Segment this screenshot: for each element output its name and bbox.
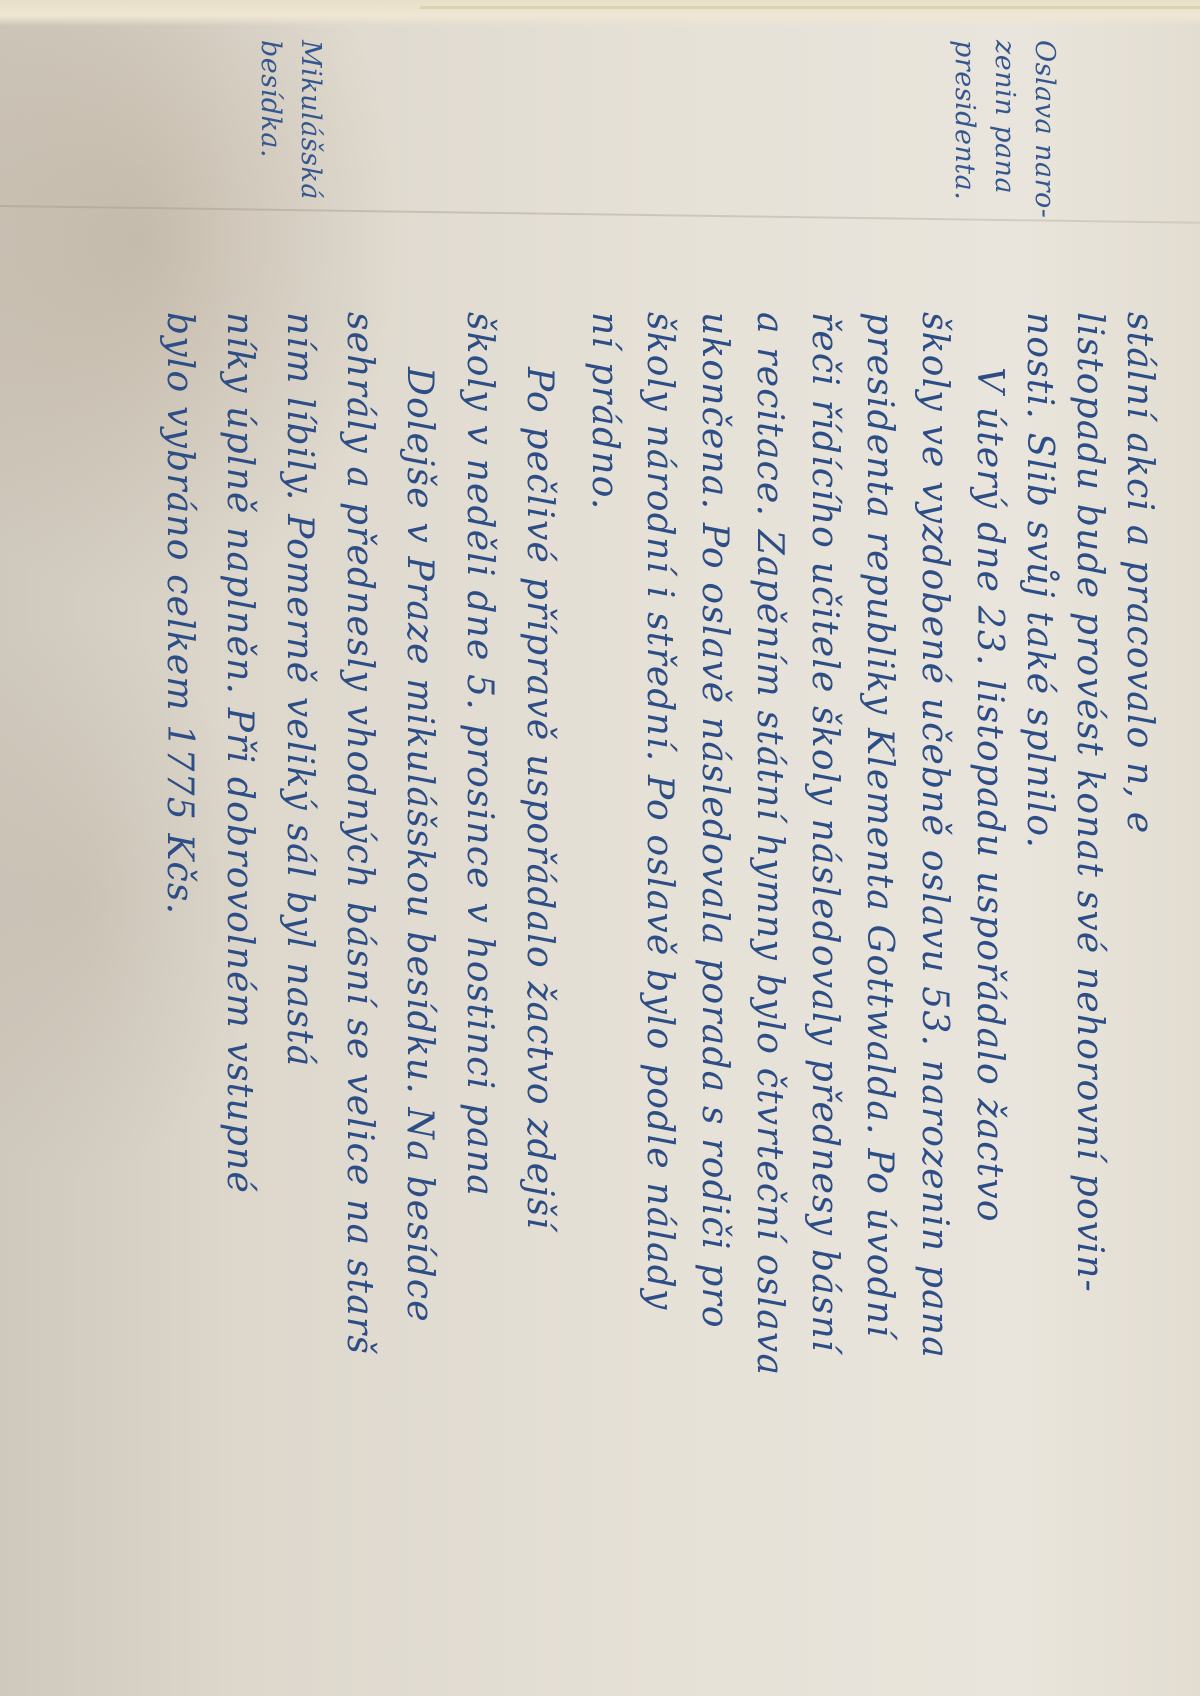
margin-heading-mikulas: Mikulášská besídka. (250, 40, 330, 260)
text-line: školy ve vyzdobené učebně oslavu 53. nar… (914, 312, 955, 1359)
margin-column: Oslava naro- zenin pana presidenta. Miku… (50, 12, 1160, 262)
text-line: presidenta republiky Klementa Gottwalda.… (859, 312, 900, 1338)
text-line: níky úplně naplněn. Při dobrovolném vstu… (219, 312, 260, 1194)
text-line: Po pečlivé přípravě uspořádalo žactvo zd… (519, 312, 560, 1230)
text-line: sehrály a přednesly vhodných básní se ve… (339, 312, 380, 1355)
text-line: V úterý dne 23. listopadu uspořádalo žac… (969, 312, 1010, 1223)
margin-heading-line: presidenta. (944, 40, 984, 260)
text-line: ukončena. Po oslavě následovala porada s… (694, 312, 735, 1329)
text-line: ním líbily. Pomerně veliký sál byl nastá (279, 312, 320, 1067)
text-line: školy národní i střední. Po oslavě bylo … (639, 312, 680, 1311)
margin-heading-oslava: Oslava naro- zenin pana presidenta. (944, 40, 1064, 260)
text-line: ní prádno. (584, 312, 625, 511)
chronicle-page: Oslava naro- zenin pana presidenta. Miku… (50, 12, 1160, 1652)
margin-heading-line: besídka. (250, 40, 290, 260)
margin-heading-line: Oslava naro- (1024, 40, 1064, 260)
text-line: listopadu bude provést konat své nehorov… (1069, 312, 1110, 1293)
text-line: školy v neděli dne 5. prosince v hostinc… (459, 312, 500, 1197)
body-text: stální akci a pracovalo n, e listopadu b… (50, 312, 1160, 1652)
margin-heading-line: zenin pana (984, 40, 1024, 260)
text-line: nosti. Slib svůj také splnilo. (1019, 312, 1060, 849)
text-line: bylo vybráno celkem 1775 Kčs. (159, 312, 200, 915)
text-line: Dolejše v Praze mikulášskou besídku. Na … (399, 312, 440, 1323)
text-line: stální akci a pracovalo n, e (1119, 312, 1160, 834)
text-line: řeči řídícího učitele školy následovaly … (804, 312, 845, 1353)
margin-heading-line: Mikulášská (290, 40, 330, 260)
text-line: a recitace. Zapěním státní hymny bylo čt… (749, 312, 790, 1376)
